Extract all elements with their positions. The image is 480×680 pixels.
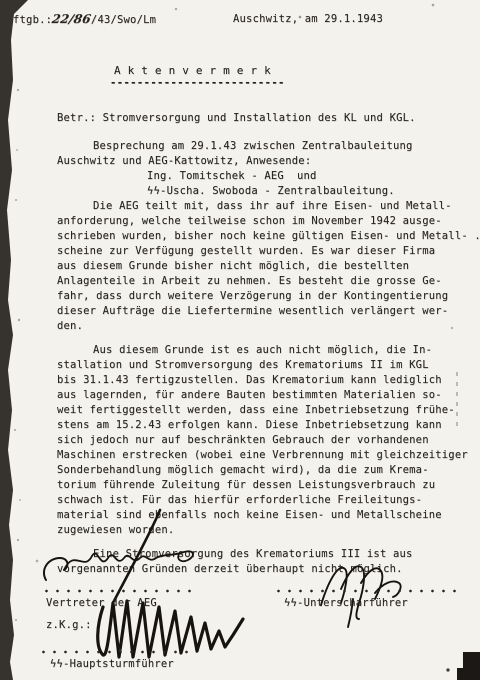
body-line: stallation und Stromversorgung des Krema… [57, 358, 467, 373]
signature-role-unterscharfuehrer: ϟϟ-Unterscharführer [284, 596, 408, 611]
subject-line: Betr.: Stromversorgung und Installation … [57, 111, 416, 126]
body-line: sich jedoch nur auf beschränkten Gebrauc… [57, 433, 467, 448]
body-line: schrieben wurden, bisher noch keine gült… [57, 229, 467, 244]
body-line: Aus diesem Grunde ist es auch nicht mögl… [57, 343, 467, 358]
dateline: Auschwitz, am 29.1.1943 [233, 12, 383, 27]
paragraph-intro: Besprechung am 29.1.43 zwischen Zentralb… [57, 139, 467, 169]
signature-dotted-line [42, 650, 197, 654]
signature-role-hauptsturmfuehrer: ϟϟ-Hauptsturmführer [50, 657, 174, 672]
title-underline: -------------------------- [110, 76, 285, 91]
paragraph-1: Die AEG teilt mit, dass ihr auf ihre Eis… [57, 199, 467, 334]
scanned-document-page: ftgb.:22/86/43/Swo/Lm Auschwitz, am 29.1… [0, 0, 480, 680]
body-line: Sonderbehandlung möglich gemacht wird), … [57, 463, 467, 478]
body-line: dieser Aufträge die Liefertermine wesent… [57, 304, 467, 319]
body-line: ϟϟ-Uscha. Swoboda - Zentralbauleitung. [147, 184, 467, 199]
signature-dotted-line [277, 589, 459, 593]
scan-mark-right-edge [456, 372, 458, 428]
body-line: Besprechung am 29.1.43 zwischen Zentralb… [57, 139, 467, 154]
body-line: Auschwitz und AEG-Kattowitz, Anwesende: [57, 154, 467, 169]
reference-prefix: ftgb.: [13, 14, 52, 26]
signature-dotted-line [45, 589, 193, 593]
body-line: weit fertiggestellt werden, dass eine In… [57, 403, 467, 418]
body-line: Maschinen erstrecken (wobei eine Verbren… [57, 448, 467, 463]
body-line: Ing. Tomitschek - AEG und [147, 169, 467, 184]
reference-suffix: /43/Swo/Lm [91, 14, 156, 26]
body-line: bis 31.1.43 fertigzustellen. Das Kremato… [57, 373, 467, 388]
scan-corner-blob [457, 652, 480, 680]
body-line: anforderung, welche teilweise schon im N… [57, 214, 467, 229]
body-line: aus lagernden, für andere Bauten bestimm… [57, 388, 467, 403]
body-line: fahr, dass durch weitere Verzögerung in … [57, 289, 467, 304]
body-line: torium führende Zuleitung für dessen Lei… [57, 478, 467, 493]
reference-line: ftgb.:22/86/43/Swo/Lm [13, 12, 156, 28]
signature-zigzag [95, 595, 247, 665]
body-line: aus diesem Grunde bisher nicht möglich, … [57, 259, 467, 274]
body-line: schwach ist. Für das hierfür erforderlic… [57, 493, 467, 508]
body-line: stens am 15.2.43 erfolgen kann. Diese In… [57, 418, 467, 433]
body-line: Anlagenteile in Arbeit zu nehmen. Es bes… [57, 274, 467, 289]
reference-handwritten-number: 22/86 [51, 12, 92, 27]
body-line: den. [57, 319, 467, 334]
attendee-list: Ing. Tomitschek - AEG undϟϟ-Uscha. Swobo… [147, 169, 467, 199]
signature-note: z.K.g.: [46, 618, 92, 633]
body-line: Die AEG teilt mit, dass ihr auf ihre Eis… [57, 199, 467, 214]
scan-border-left [0, 0, 30, 680]
body-line: scheine zur Verfügung gestellt wurden. E… [57, 244, 467, 259]
